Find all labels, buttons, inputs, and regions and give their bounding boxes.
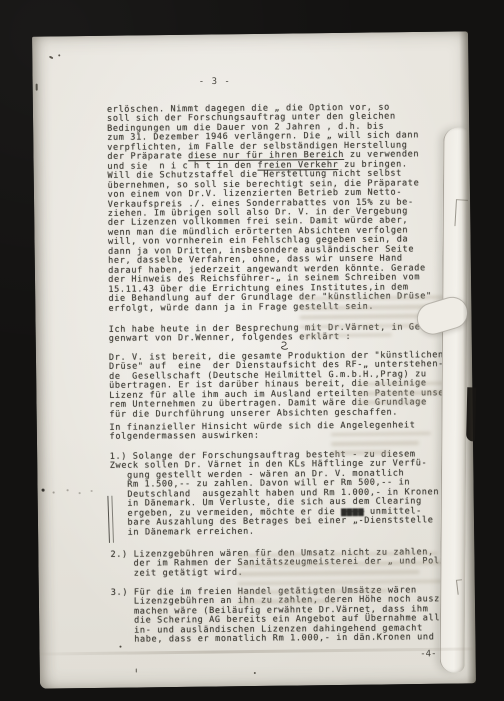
ink-speck [53, 491, 55, 493]
ink-speck [67, 489, 69, 491]
ink-speck [58, 54, 60, 56]
handwritten-mark [279, 337, 291, 356]
struck-out-word: ▆▆▆▆ [341, 507, 364, 517]
list-item-1: 1.) Solange der Forschungsauftrag besteh… [110, 450, 440, 538]
ink-dot [119, 646, 121, 648]
typewritten-text: erlöschen. Nimmt dagegen die „ die Optio… [32, 33, 468, 36]
bleed-through-text [331, 426, 431, 461]
paragraph-continuation: erlöschen. Nimmt dagegen die „ die Optio… [107, 103, 432, 314]
page-number: - 3 - [199, 77, 231, 87]
pen-tick [36, 84, 38, 91]
ink-speck [254, 672, 256, 674]
scan-background: - 3 - erlöschen. Nimmt dagegen die „ die… [0, 0, 504, 701]
document-page: - 3 - erlöschen. Nimmt dagegen die „ die… [32, 31, 476, 688]
ink-speck [79, 492, 81, 494]
ink-dot [42, 489, 45, 492]
bleed-through-text [237, 546, 458, 610]
ink-speck [91, 490, 93, 492]
